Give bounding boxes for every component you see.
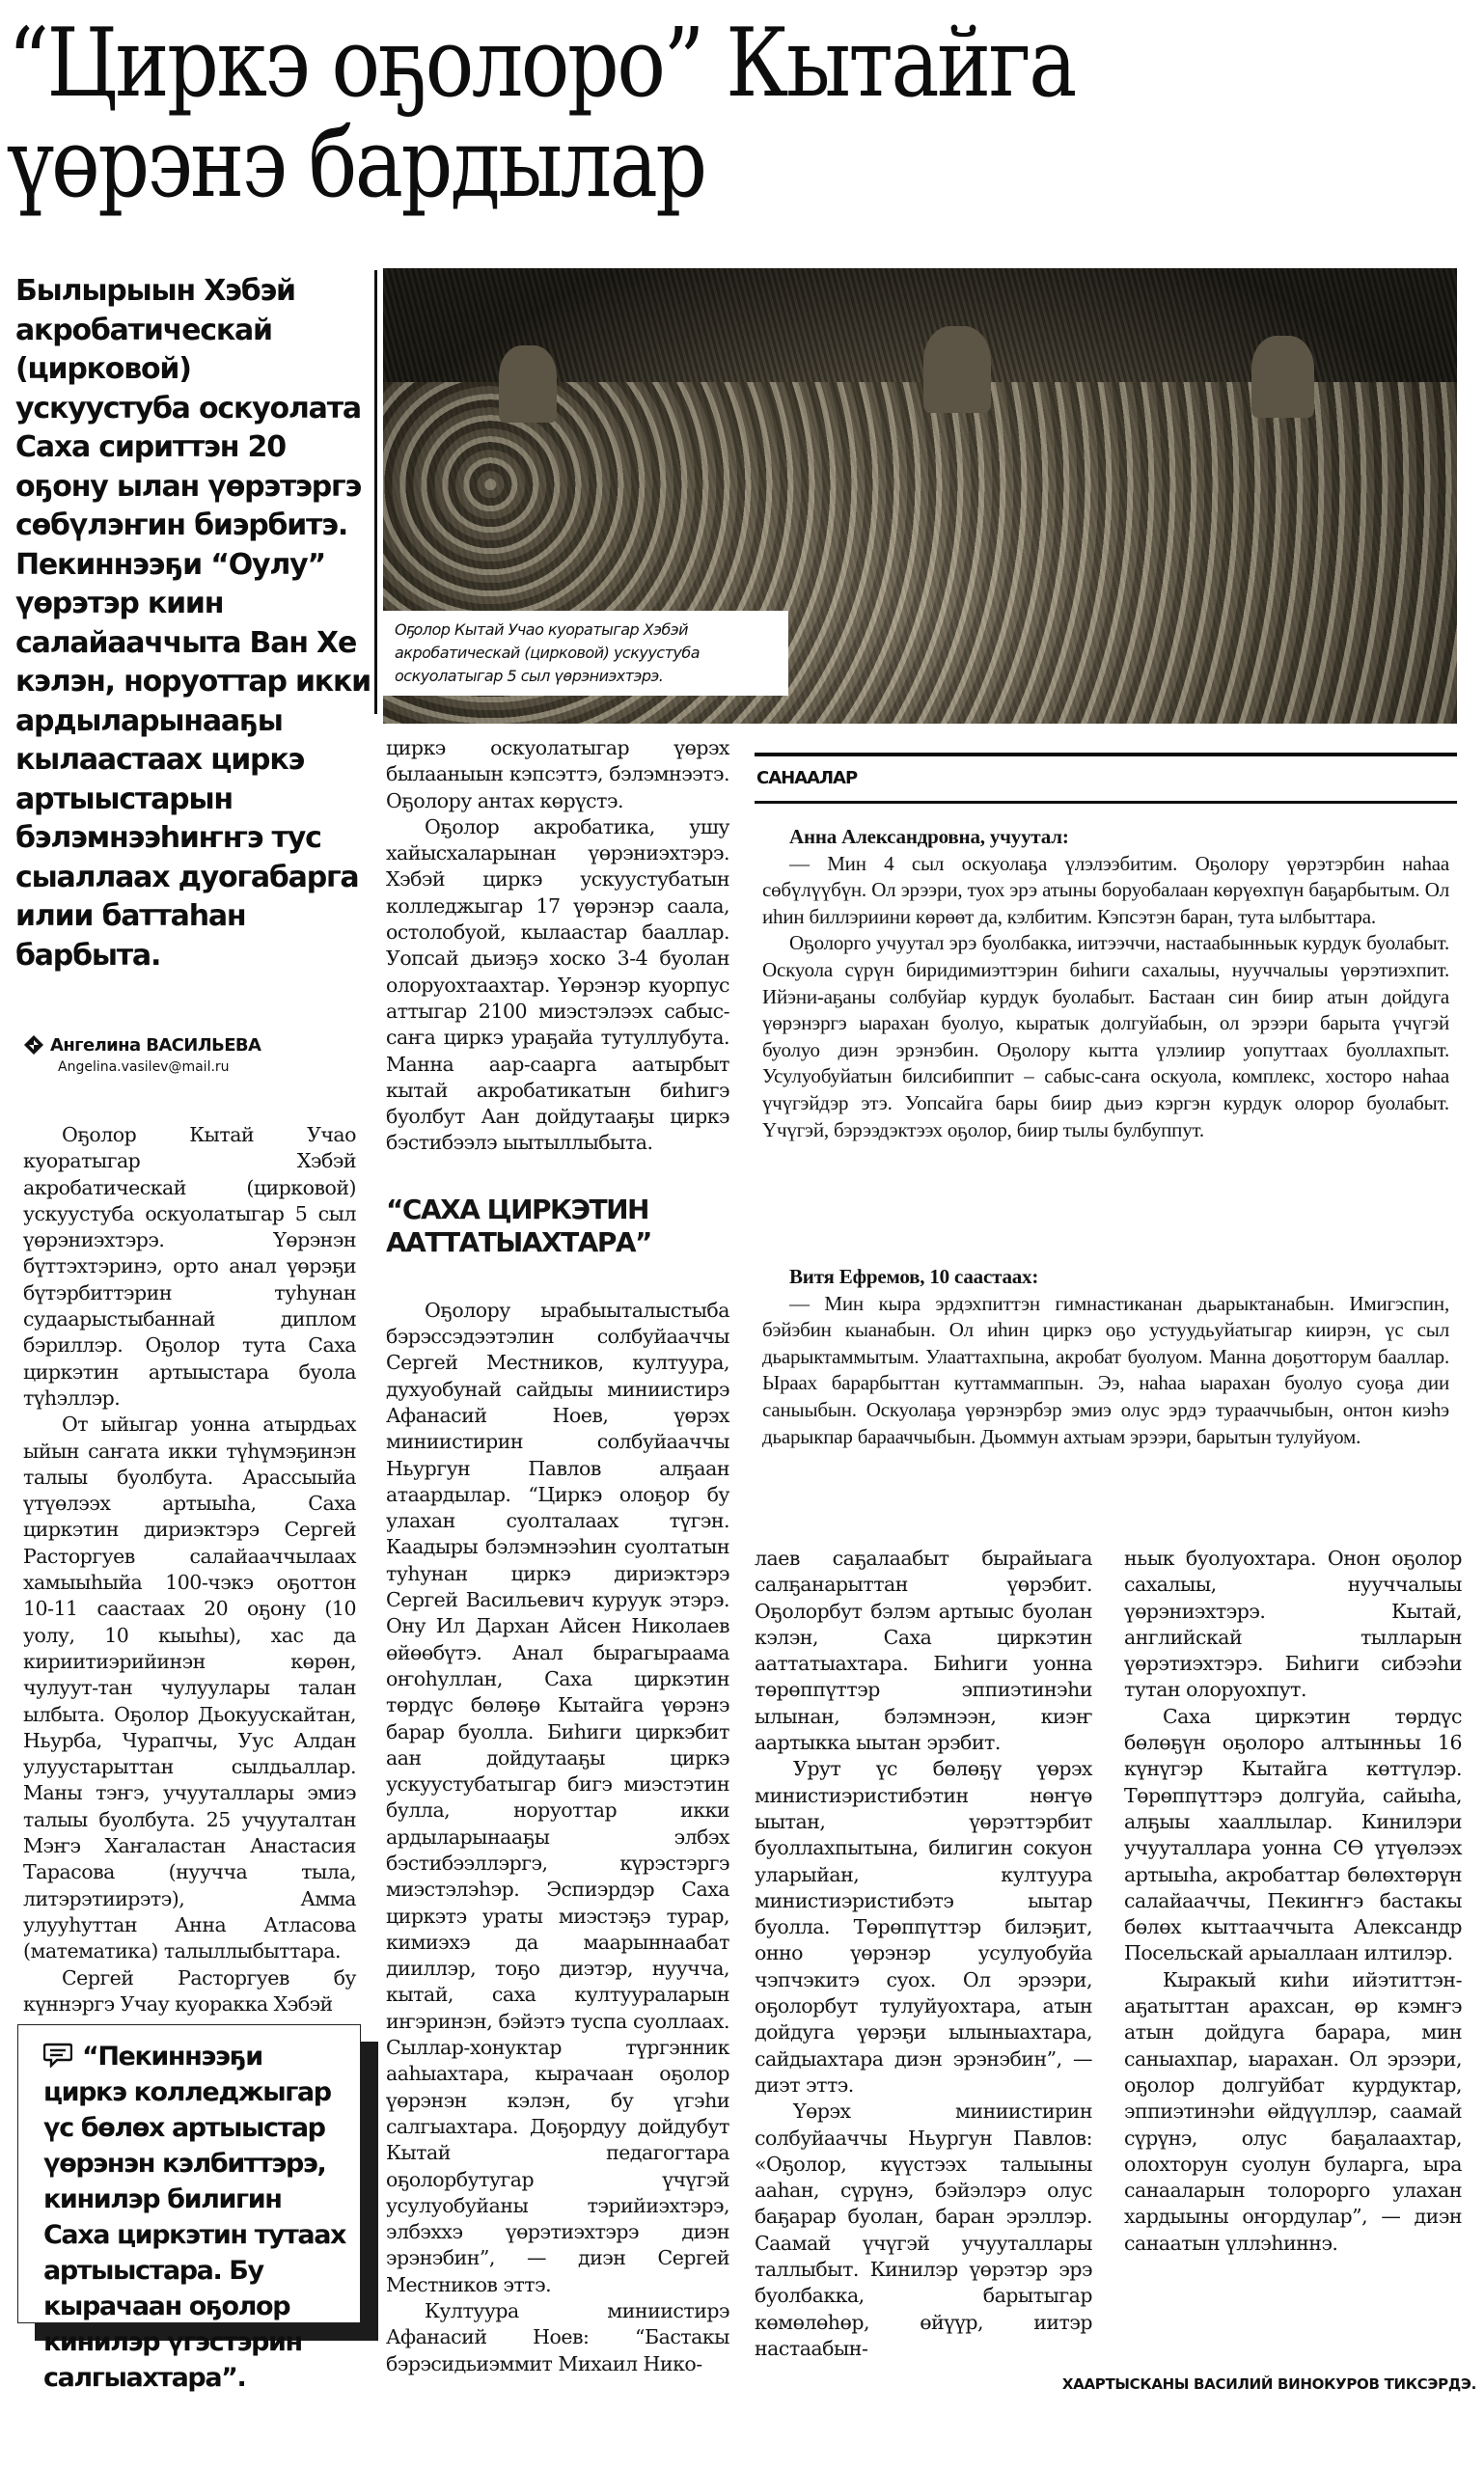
article-lead: Былырыын Хэбэй акробатическай (цирковой)… (15, 272, 372, 975)
paragraph: Оҕолору ырабыыталыстыба бэрэссэдээтэлин … (386, 1298, 729, 2298)
pull-quote-text: “Пекиннээҕи циркэ колледжыгар үс бөлөх а… (43, 2042, 345, 2393)
body-column-2: циркэ оскуолатыгар үөрэх былааныын кэпсэ… (386, 735, 729, 2377)
body-column-4: ньык буолуохтара. Онон оҕолор сахалыы, н… (1124, 1546, 1462, 2257)
paragraph: Үөрэх миниистирин солбуйааччы Ньургун Па… (755, 2099, 1092, 2362)
column-divider (374, 270, 377, 714)
opinion-item: Витя Ефремов, 10 саастаах: — Мин кыра эр… (762, 1264, 1449, 1450)
paragraph: Оҕолор Кытай Учао куоратыгар Хэбэй акроб… (23, 1122, 356, 1412)
byline: Ангелина ВАСИЛЬЕВА Angelina.vasilev@mail… (23, 1034, 371, 1075)
paragraph: Урут үс бөлөҕү үөрэх министиэристибэтин … (755, 1756, 1092, 2099)
paragraph: — Мин 4 сыл оскуолаҕа үлэлээбитим. Оҕоло… (762, 851, 1449, 931)
sidebar-top-rule (755, 753, 1457, 756)
paragraph: Оҕолор акробатика, ушу хайысхаларынан үө… (386, 814, 729, 1157)
speech-bubble-icon (43, 2043, 72, 2068)
paragraph: Култуура миниистирэ Афанасий Ноев: “Баст… (386, 2298, 729, 2377)
pull-quote: “Пекиннээҕи циркэ колледжыгар үс бөлөх а… (17, 2024, 361, 2323)
paragraph: Кыракый киһи ийэтиттэн-аҕатыттан арахсан… (1124, 1967, 1462, 2257)
photo-person (499, 345, 557, 423)
headline-line-2: үөрэнэ бардылар (8, 109, 705, 219)
paragraph: ньык буолуохтара. Онон оҕолор сахалыы, н… (1124, 1546, 1462, 1704)
paragraph: Оҕолорго учуутал эрэ буолбакка, иитээччи… (762, 930, 1449, 1143)
paragraph: циркэ оскуолатыгар үөрэх былааныын кэпсэ… (386, 735, 729, 814)
body-column-3: лаев саҕалаабыт бырайыага салҕанарыттан … (755, 1546, 1092, 2362)
paragraph: Саха циркэтин төрдүс бөлөҕүн оҕолоро алт… (1124, 1704, 1462, 1967)
photo-person (1251, 336, 1314, 418)
opinion-item: Анна Александровна, учуутал: — Мин 4 сыл… (762, 824, 1449, 1143)
author-email[interactable]: Angelina.vasilev@mail.ru (58, 1059, 371, 1075)
photo-credit: ХААРТЫСКАНЫ ВАСИЛИЙ ВИНОКУРОВ ТИКСЭРДЭ. (1061, 2375, 1476, 2393)
paragraph: От ыйыгар уонна атырдьах ыйын саҥата икк… (23, 1412, 356, 1964)
sidebar-label-rule (755, 801, 1457, 804)
paragraph: лаев саҕалаабыт бырайыага салҕанарыттан … (755, 1546, 1092, 1756)
speaker-name: Анна Александровна, учуутал: (762, 824, 1449, 851)
paragraph: Сергей Расторгуев бу күннэргэ Учау куора… (23, 1965, 356, 2018)
body-column-1: Оҕолор Кытай Учао куоратыгар Хэбэй акроб… (23, 1122, 356, 2017)
paragraph: — Мин кыра эрдэхпиттэн гимнастиканан дьа… (762, 1291, 1449, 1451)
section-subheading: “САХА ЦИРКЭТИН ААТТАТЫАХТАРА” (386, 1194, 729, 1259)
headline-line-1: “Циркэ оҕолоро” Кытайга (8, 9, 1075, 119)
sidebar-label: САНААЛАР (756, 768, 857, 788)
author-name: Ангелина ВАСИЛЬЕВА (50, 1035, 261, 1056)
article-headline: “Циркэ оҕолоро” Кытайга үөрэнэ бардылар (8, 14, 1236, 214)
speaker-name: Витя Ефремов, 10 саастаах: (762, 1264, 1449, 1291)
diamond-logo-icon (23, 1034, 44, 1056)
photo-caption: Оҕолор Кытай Учао куоратыгар Хэбэй акроб… (383, 611, 788, 696)
photo-person (923, 326, 991, 413)
